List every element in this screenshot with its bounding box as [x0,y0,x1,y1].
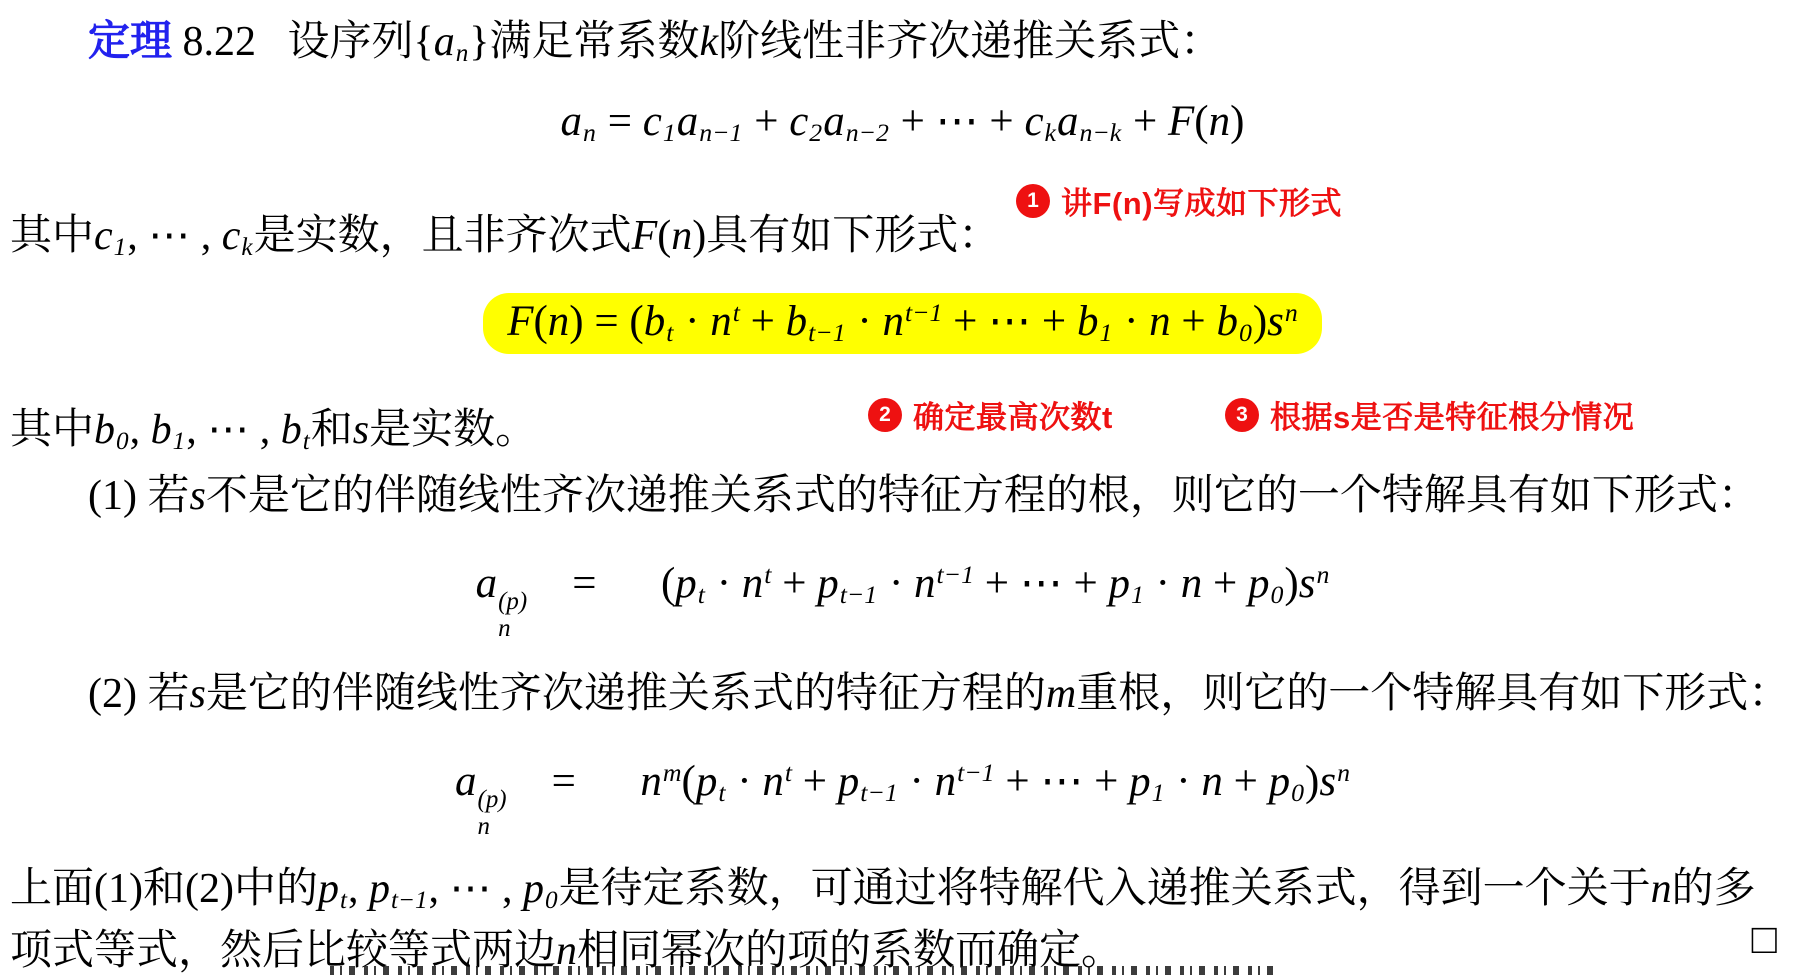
document-page: 定理 8.22 设序列{an}满足常系数k阶线性非齐次递推关系式： an = c… [0,0,1805,975]
clipped-bottom-text-fragments [330,966,1275,975]
recurrence-formula: an = c1an−1 + c2an−2 + ⋯ + ckan−k + F(n) [0,96,1805,146]
particular-solution-formula-1: a(p)n = (pt · nt + pt−1 · nt−1 + ⋯ + p1 … [0,558,1805,642]
case-2-line: (2) 若s是它的伴随线性齐次递推关系式的特征方程的m重根，则它的一个特解具有如… [88,660,1799,720]
particular-solution-formula-2: a(p)n = nm(pt · nt + pt−1 · nt−1 + ⋯ + p… [0,756,1805,840]
coefficients-condition-line: 其中c1, ⋯ , ck是实数，且非齐次式F(n)具有如下形式： [10,202,1799,262]
qed-symbol: □ [1752,916,1777,964]
highlighted-formula-row: F(n) = (bt · nt + bt−1 · nt−1 + ⋯ + b1 ·… [0,296,1805,346]
highlighted-Fn-formula: F(n) = (bt · nt + bt−1 · nt−1 + ⋯ + b1 ·… [483,293,1322,354]
b-coefficients-condition-line: 其中b0, b1, ⋯ , bt和s是实数。 [10,396,1799,456]
theorem-heading: 定理 8.22 设序列{an}满足常系数k阶线性非齐次递推关系式： [88,8,1799,68]
case-1-line: (1) 若s不是它的伴随线性齐次递推关系式的特征方程的根，则它的一个特解具有如下… [88,462,1799,522]
closing-paragraph-line-1: 上面(1)和(2)中的pt, pt−1, ⋯ , p0是待定系数，可通过将特解代… [10,855,1799,915]
